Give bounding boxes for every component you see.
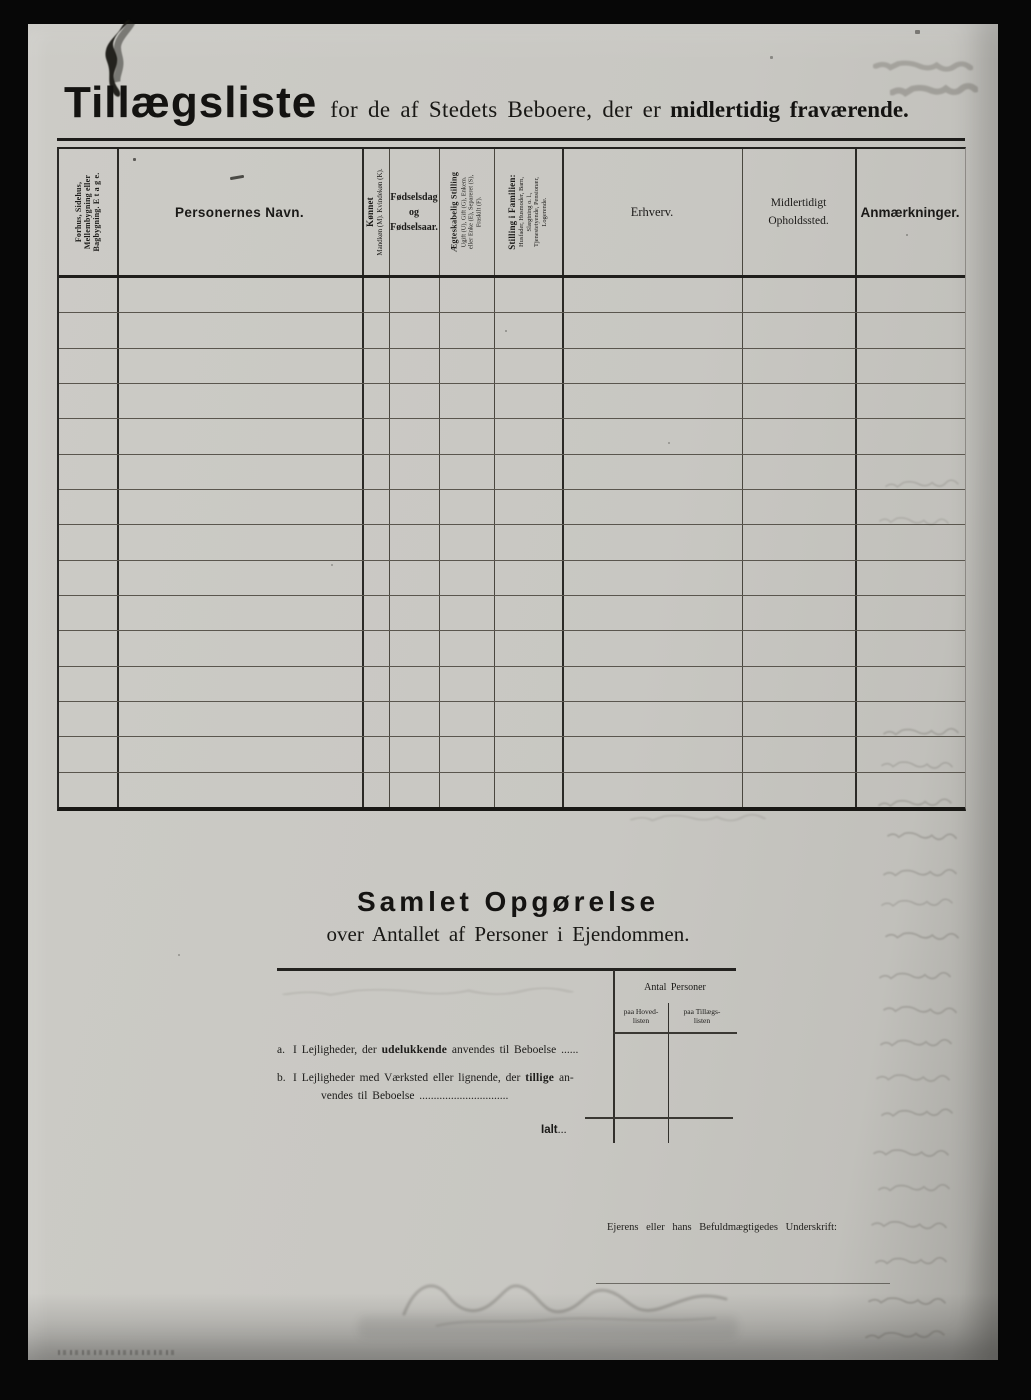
scan-speck	[906, 234, 908, 236]
bleedthrough-handwriting	[884, 927, 960, 949]
summary-subheading: over Antallet af Personer i Ejendommen.	[278, 922, 738, 947]
bleedthrough-handwriting	[877, 1179, 951, 1201]
bleedthrough-handwriting	[879, 1034, 953, 1056]
header-family-label: Stilling i Familien:	[507, 152, 517, 272]
bleedthrough-handwriting	[875, 1069, 951, 1091]
bleedthrough-handwriting	[880, 894, 955, 918]
bleedthrough-handwriting	[877, 794, 954, 818]
table-row	[59, 455, 965, 490]
summary-total: Ialt...	[541, 1122, 567, 1137]
bleedthrough-handwriting	[890, 80, 979, 104]
bleedthrough-handwriting	[882, 723, 960, 745]
document-title: Tillægslistefor de af Stedets Beboere, d…	[64, 78, 909, 128]
summary-subheader-rule	[613, 1032, 737, 1034]
summary-row-b-text: I Lejligheder med Værksted eller lignend…	[293, 1072, 520, 1084]
summary-col-tillaegslisten: paa Tillægs- listen	[669, 1007, 735, 1026]
table-row	[59, 384, 965, 419]
scan-speck	[505, 330, 507, 332]
summary-heading: Samlet Opgørelse	[278, 886, 738, 918]
table-row	[59, 596, 965, 631]
bleedthrough-handwriting	[886, 827, 959, 851]
header-building-label: Forhus, Sidehus, Mellembygning eller Bag…	[74, 152, 102, 272]
summary-rule	[277, 968, 736, 971]
table-row	[59, 349, 965, 384]
signature-label: Ejerens eller hans Befuldmægtigedes Unde…	[607, 1222, 837, 1233]
bleedthrough-handwriting	[872, 1144, 950, 1166]
summary-row-b-post: an-	[559, 1072, 574, 1084]
header-sex-label: Kønnet	[365, 153, 375, 271]
header-family: Stilling i Familien: Husfader, Husmoder,…	[507, 152, 549, 272]
header-marital: Ægteskabelig Stilling Ugift (U), Gift (G…	[449, 152, 482, 272]
bleedthrough-handwriting	[878, 512, 951, 536]
summary-row-b-line2: vendes til Beboelse ....................…	[277, 1088, 617, 1106]
scan-speck	[668, 442, 670, 444]
header-sex: Kønnet Mandkøn (M). Kvindekøn (K).	[365, 153, 385, 271]
table-row	[59, 561, 965, 596]
summary-total-label: Ialt	[541, 1124, 558, 1136]
header-occupation: Erhverv.	[562, 149, 742, 275]
header-name: Personernes Navn.	[117, 149, 362, 275]
summary-row-b-bold: tillige	[525, 1072, 554, 1084]
scan-speck	[331, 564, 333, 566]
header-remarks: Anmærkninger.	[855, 149, 965, 275]
summary-col-hovedlisten: paa Hoved- listen	[614, 1007, 668, 1026]
bleedthrough-handwriting	[873, 57, 973, 80]
table-row	[59, 631, 965, 666]
table-header: Forhus, Sidehus, Mellembygning eller Bag…	[59, 149, 965, 278]
table-row	[59, 773, 965, 807]
header-family-sublabel: Husfader, Husmoder, Barn, Slægtning o. l…	[519, 152, 549, 272]
summary-total-dots: ...	[558, 1122, 567, 1136]
scanned-census-form-page: Tillægslistefor de af Stedets Beboere, d…	[28, 24, 998, 1360]
bleedthrough-handwriting	[880, 1104, 955, 1128]
census-table: Forhus, Sidehus, Mellembygning eller Bag…	[57, 147, 966, 811]
summary-row-b: b.I Lejligheder med Værksted eller ligne…	[277, 1070, 617, 1106]
summary-row-a-text: I Lejligheder, der	[293, 1044, 377, 1056]
printer-mark	[58, 1350, 178, 1355]
scan-speck	[133, 158, 136, 161]
table-row	[59, 737, 965, 772]
header-birth-label: Fødselsdag og Fødselsaar.	[390, 190, 438, 235]
summary-row-a: a.I Lejligheder, der udelukkende anvende…	[277, 1044, 613, 1056]
summary-row-b-label: b.	[277, 1070, 293, 1088]
table-row	[59, 313, 965, 348]
bleedthrough-handwriting	[884, 475, 961, 499]
scan-speck	[770, 56, 773, 59]
header-sex-sublabel: Mandkøn (M). Kvindekøn (K).	[377, 153, 385, 271]
bleedthrough-handwriting	[870, 1216, 949, 1240]
header-building: Forhus, Sidehus, Mellembygning eller Bag…	[74, 152, 102, 272]
scan-speck	[178, 954, 180, 956]
header-marital-sublabel: Ugift (U), Gift (G), Enkem. eller Enke (…	[460, 152, 483, 272]
summary-count-header: Antal Personer	[613, 982, 737, 993]
title-main: Tillægsliste	[64, 78, 317, 127]
header-name-label: Personernes Navn.	[175, 205, 304, 220]
bleedthrough-handwriting	[867, 1292, 947, 1314]
bleedthrough-handwriting	[878, 967, 952, 989]
table-row	[59, 667, 965, 702]
header-whereabouts-label: Midlertidigt Opholdssted.	[768, 194, 828, 231]
summary-row-a-bold: udelukkende	[382, 1044, 447, 1056]
summary-row-a-label: a.	[277, 1044, 293, 1056]
table-row	[59, 278, 965, 313]
header-whereabouts: Midlertidigt Opholdssted.	[742, 149, 855, 275]
scan-smudge	[358, 1316, 738, 1338]
bleedthrough-handwriting	[864, 1326, 947, 1350]
table-row	[59, 702, 965, 737]
title-subtitle: for de af Stedets Beboere, der er	[330, 97, 661, 122]
table-body	[59, 278, 965, 807]
header-marital-label: Ægteskabelig Stilling	[449, 152, 459, 272]
header-occupation-label: Erhverv.	[631, 205, 674, 220]
table-row	[59, 490, 965, 525]
bleedthrough-handwriting	[882, 1001, 959, 1025]
bleedthrough-handwriting	[880, 756, 954, 778]
bleedthrough-handwriting	[874, 1252, 948, 1274]
bleedthrough-handwriting	[278, 983, 578, 1007]
scan-speck	[915, 30, 920, 34]
summary-total-rule	[585, 1117, 733, 1119]
bleedthrough-handwriting	[628, 809, 768, 831]
header-remarks-label: Anmærkninger.	[860, 205, 959, 220]
bleedthrough-handwriting	[882, 864, 958, 886]
summary-row-a-post: anvendes til Beboelse ......	[452, 1044, 578, 1056]
header-birth: Fødselsdag og Fødselsaar.	[389, 149, 439, 275]
table-row	[59, 525, 965, 560]
title-rule	[57, 138, 965, 141]
table-row	[59, 419, 965, 454]
title-subtitle-bold: midlertidig fraværende.	[670, 97, 909, 122]
